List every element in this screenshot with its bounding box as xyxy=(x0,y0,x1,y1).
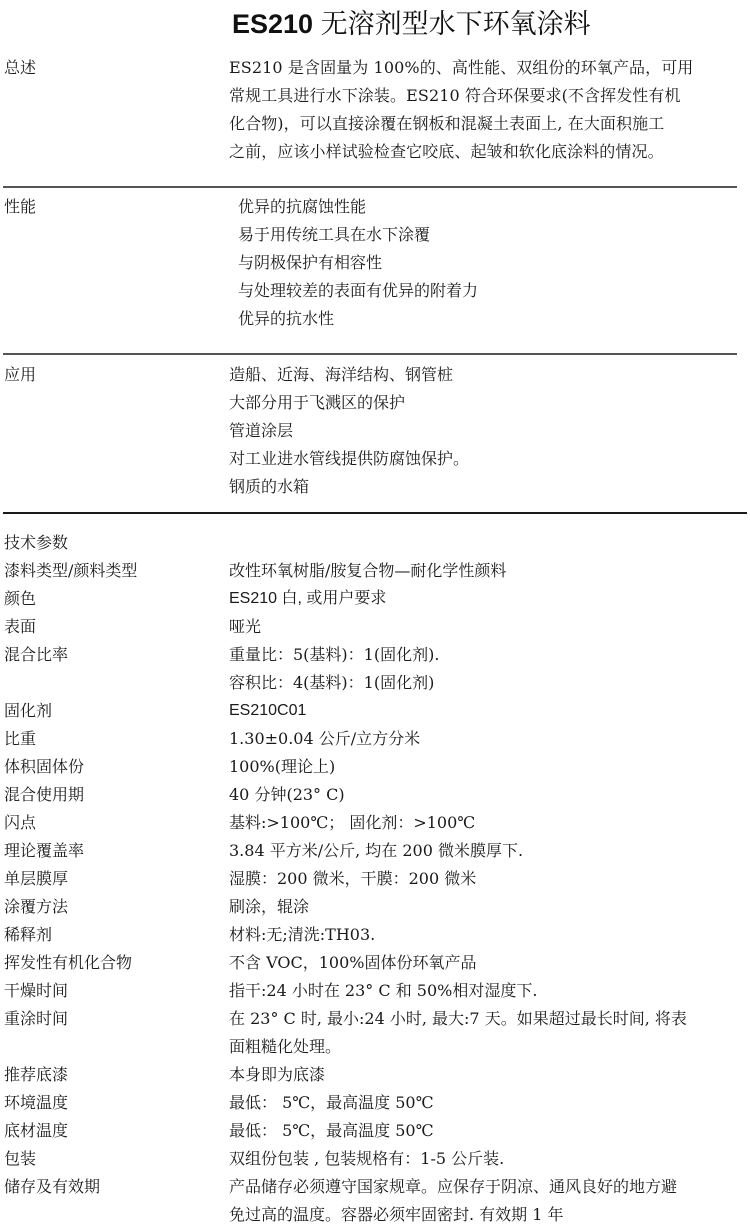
section-divider xyxy=(3,353,737,355)
spec-key: 混合比率 xyxy=(4,641,68,669)
performance-item: 优异的抗水性 xyxy=(238,305,478,333)
spec-row: 体积固体份 100%(理论上) xyxy=(0,753,750,781)
spec-key: 颜色 xyxy=(4,585,36,613)
spec-key: 表面 xyxy=(4,613,36,641)
spec-row: 表面 哑光 xyxy=(0,613,750,641)
spec-value: 1.30±0.04 公斤/立方分米 xyxy=(229,725,420,753)
spec-key: 推荐底漆 xyxy=(4,1061,68,1089)
spec-key: 涂覆方法 xyxy=(4,893,68,921)
overview-label: 总述 xyxy=(4,54,36,82)
spec-value: 双组份包装 , 包装规格有：1-5 公斤装. xyxy=(229,1145,504,1173)
spec-value: 最低： 5℃，最高温度 50℃ xyxy=(229,1089,434,1117)
overview-line: 之前，应该小样试验检查它咬底、起皱和软化底涂料的情况。 xyxy=(229,138,749,166)
spec-key: 比重 xyxy=(4,725,36,753)
spec-row: 比重 1.30±0.04 公斤/立方分米 xyxy=(0,725,750,753)
performance-item: 优异的抗腐蚀性能 xyxy=(238,193,478,221)
spec-key: 漆料类型/颜料类型 xyxy=(4,557,137,585)
spec-value: 指干:24 小时在 23° C 和 50%相对湿度下. xyxy=(229,977,537,1005)
section-divider xyxy=(3,512,747,514)
spec-value: ES210 白, 或用户要求 xyxy=(229,585,386,613)
spec-value: 100%(理论上) xyxy=(229,753,335,781)
spec-row: 闪点 基料:>100℃； 固化剂：>100℃ xyxy=(0,809,750,837)
spec-value: 刷涂，辊涂 xyxy=(229,893,309,921)
application-list: 造船、近海、海洋结构、钢管桩 大部分用于飞溅区的保护 管道涂层 对工业进水管线提… xyxy=(229,361,469,501)
spec-value: 材料:无;清洗:TH03. xyxy=(229,921,375,949)
spec-key: 干燥时间 xyxy=(4,977,68,1005)
spec-key: 储存及有效期 xyxy=(4,1173,100,1201)
overview-line: ES210 是含固量为 100%的、高性能、双组份的环氧产品，可用 xyxy=(229,54,749,82)
spec-value: 在 23° C 时, 最小:24 小时, 最大:7 天。如果超过最长时间, 将表… xyxy=(229,1005,687,1061)
spec-row: 底材温度 最低： 5℃，最高温度 50℃ xyxy=(0,1117,750,1145)
spec-row: 单层膜厚 湿膜：200 微米，干膜：200 微米 xyxy=(0,865,750,893)
spec-row: 干燥时间 指干:24 小时在 23° C 和 50%相对湿度下. xyxy=(0,977,750,1005)
performance-list: 优异的抗腐蚀性能 易于用传统工具在水下涂覆 与阴极保护有相容性 与处理较差的表面… xyxy=(238,193,478,333)
performance-item: 与处理较差的表面有优异的附着力 xyxy=(238,277,478,305)
performance-item: 与阴极保护有相容性 xyxy=(238,249,478,277)
spec-row: 推荐底漆 本身即为底漆 xyxy=(0,1061,750,1089)
spec-value: 湿膜：200 微米，干膜：200 微米 xyxy=(229,865,476,893)
spec-value: ES210C01 xyxy=(229,697,306,725)
performance-label: 性能 xyxy=(4,193,36,221)
spec-row: 混合使用期 40 分钟(23° C) xyxy=(0,781,750,809)
spec-key: 固化剂 xyxy=(4,697,52,725)
application-item: 大部分用于飞溅区的保护 xyxy=(229,389,469,417)
spec-key: 混合使用期 xyxy=(4,781,84,809)
section-divider xyxy=(3,186,737,188)
spec-key: 挥发性有机化合物 xyxy=(4,949,132,977)
application-label: 应用 xyxy=(4,361,36,389)
spec-row: 包装 双组份包装 , 包装规格有：1-5 公斤装. xyxy=(0,1145,750,1173)
spec-key: 重涂时间 xyxy=(4,1005,68,1033)
spec-key: 包装 xyxy=(4,1145,36,1173)
overview-line: 常规工具进行水下涂装。ES210 符合环保要求(不含挥发性有机 xyxy=(229,82,749,110)
overview-line: 化合物)，可以直接涂覆在钢板和混凝土表面上, 在大面积施工 xyxy=(229,110,749,138)
document-title: ES210 无溶剂型水下环氧涂料 xyxy=(232,6,591,42)
application-item: 对工业进水管线提供防腐蚀保护。 xyxy=(229,445,469,473)
spec-row: 混合比率 重量比：5(基料)：1(固化剂). 容积比：4(基料)：1(固化剂) xyxy=(0,641,750,669)
overview-text: ES210 是含固量为 100%的、高性能、双组份的环氧产品，可用 常规工具进行… xyxy=(229,54,749,166)
spec-key: 理论覆盖率 xyxy=(4,837,84,865)
spec-value: 3.84 平方米/公斤, 均在 200 微米膜厚下. xyxy=(229,837,523,865)
spec-row: 颜色 ES210 白, 或用户要求 xyxy=(0,585,750,613)
spec-row: 环境温度 最低： 5℃，最高温度 50℃ xyxy=(0,1089,750,1117)
spec-row: 涂覆方法 刷涂，辊涂 xyxy=(0,893,750,921)
application-item: 管道涂层 xyxy=(229,417,469,445)
application-item: 造船、近海、海洋结构、钢管桩 xyxy=(229,361,469,389)
application-item: 钢质的水箱 xyxy=(229,473,469,501)
spec-key: 单层膜厚 xyxy=(4,865,68,893)
spec-value: 本身即为底漆 xyxy=(229,1061,325,1089)
spec-value: 哑光 xyxy=(229,613,261,641)
performance-item: 易于用传统工具在水下涂覆 xyxy=(238,221,478,249)
spec-key: 闪点 xyxy=(4,809,36,837)
spec-value: 改性环氧树脂/胺复合物—耐化学性颜料 xyxy=(229,557,506,585)
spec-row: 漆料类型/颜料类型 改性环氧树脂/胺复合物—耐化学性颜料 xyxy=(0,557,750,585)
spec-value: 基料:>100℃； 固化剂：>100℃ xyxy=(229,809,475,837)
spec-key: 环境温度 xyxy=(4,1089,68,1117)
spec-key: 底材温度 xyxy=(4,1117,68,1145)
spec-key: 体积固体份 xyxy=(4,753,84,781)
spec-row: 重涂时间 在 23° C 时, 最小:24 小时, 最大:7 天。如果超过最长时… xyxy=(0,1005,750,1033)
spec-row: 挥发性有机化合物 不含 VOC，100%固体份环氧产品 xyxy=(0,949,750,977)
spec-value: 产品储存必须遵守国家规章。应保存于阴凉、通风良好的地方避 免过高的温度。容器必须… xyxy=(229,1173,677,1225)
product-name: 无溶剂型水下环氧涂料 xyxy=(321,9,591,39)
spec-row: 稀释剂 材料:无;清洗:TH03. xyxy=(0,921,750,949)
product-code: ES210 xyxy=(232,9,313,39)
technical-heading: 技术参数 xyxy=(4,529,68,557)
spec-key: 稀释剂 xyxy=(4,921,52,949)
spec-value: 最低： 5℃，最高温度 50℃ xyxy=(229,1117,434,1145)
spec-value: 不含 VOC，100%固体份环氧产品 xyxy=(229,949,476,977)
spec-value: 重量比：5(基料)：1(固化剂). 容积比：4(基料)：1(固化剂) xyxy=(229,641,439,697)
spec-row: 固化剂 ES210C01 xyxy=(0,697,750,725)
spec-row: 储存及有效期 产品储存必须遵守国家规章。应保存于阴凉、通风良好的地方避 免过高的… xyxy=(0,1173,750,1201)
spec-value: 40 分钟(23° C) xyxy=(229,781,345,809)
spec-row: 理论覆盖率 3.84 平方米/公斤, 均在 200 微米膜厚下. xyxy=(0,837,750,865)
